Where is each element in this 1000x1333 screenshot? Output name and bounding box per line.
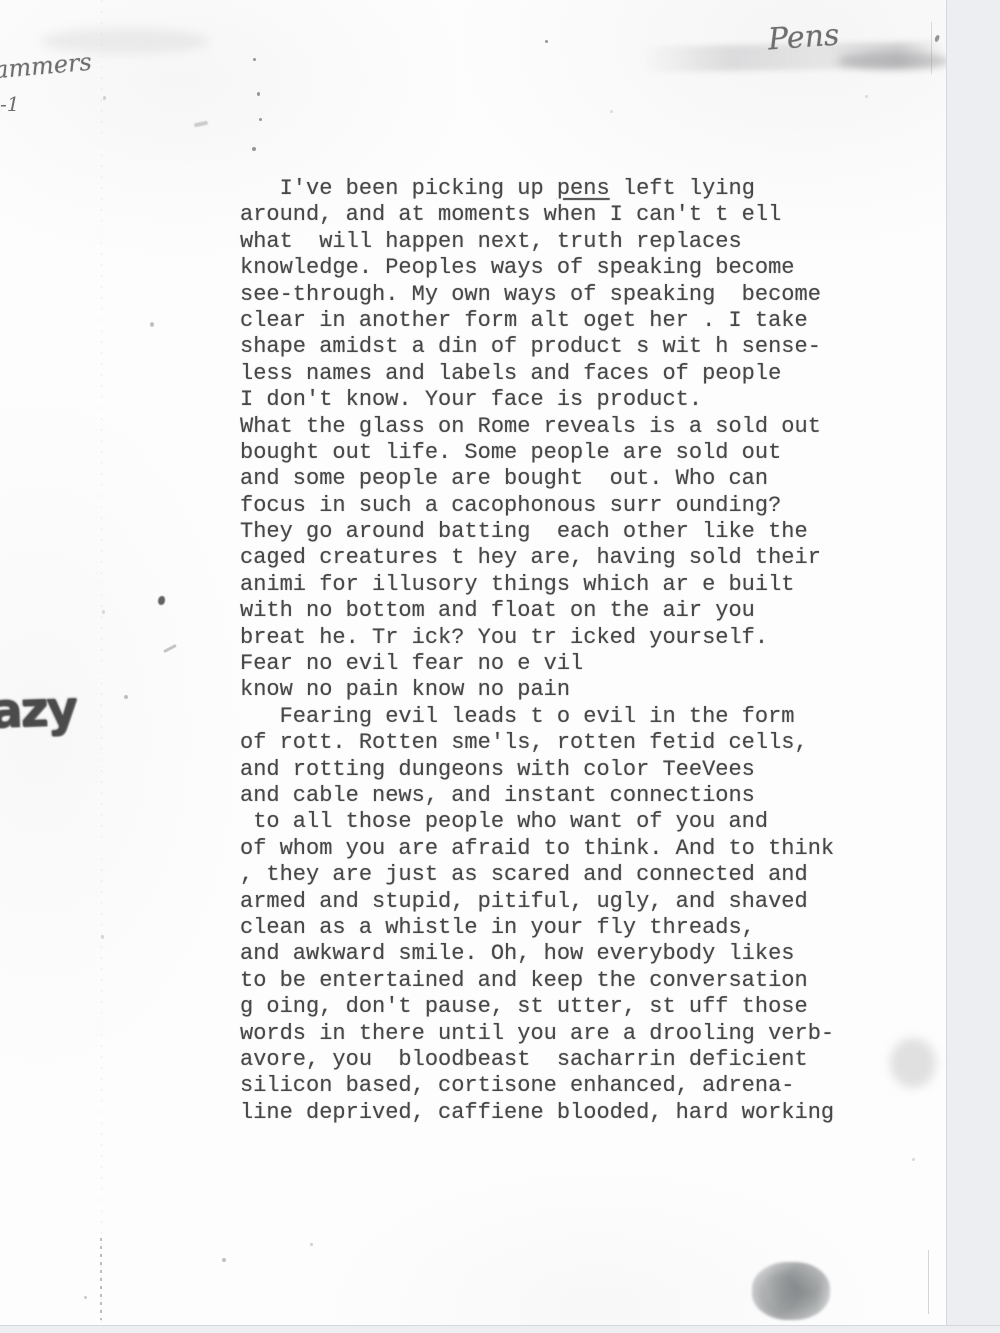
text-line: know no pain know no pain (240, 677, 880, 703)
text-line: caged creatures t hey are, having sold t… (240, 545, 880, 571)
handwritten-annotation-pens: Pens (767, 18, 841, 58)
text-line: animi for illusory things which ar e bui… (240, 572, 880, 598)
scan-speck (545, 40, 548, 43)
scan-speck (934, 35, 940, 43)
scan-speck (124, 695, 128, 699)
scan-speck (222, 1258, 226, 1262)
text-line: what will happen next, truth replaces (240, 229, 880, 255)
scan-speck (610, 110, 613, 113)
scan-speck (101, 935, 104, 939)
text-line: knowledge. Peoples ways of speaking beco… (240, 255, 880, 281)
handwritten-annotation-ammers: ammers (0, 48, 93, 84)
ink-smudge-blob (752, 1262, 830, 1320)
scan-speck (252, 147, 256, 151)
text-line: , they are just as scared and connected … (240, 862, 880, 888)
handwritten-annotation-marker: azy (0, 681, 77, 740)
faint-smudge (890, 1038, 936, 1088)
paper-crease-line-bottom (100, 1238, 102, 1320)
text-line: and some people are bought out. Who can (240, 466, 880, 492)
text-line: line deprived, caffiene blooded, hard wo… (240, 1100, 880, 1126)
text-line: of rott. Rotten sme'ls, rotten fetid cel… (240, 730, 880, 756)
paper-crease-line (101, 0, 102, 1326)
text-line: clear in another form alt oget her . I t… (240, 308, 880, 334)
scan-speck (310, 1243, 313, 1246)
text-line: avore, you bloodbeast sacharrin deficien… (240, 1047, 880, 1073)
typewritten-text: I've been picking up pens left lyingarou… (240, 176, 880, 1126)
scan-speck (253, 58, 256, 61)
text-line: breat he. Tr ick? You tr icked yourself. (240, 625, 880, 651)
text-line: g oing, don't pause, st utter, st uff th… (240, 994, 880, 1020)
text-line: to be entertained and keep the conversat… (240, 968, 880, 994)
text-line: and awkward smile. Oh, how everybody lik… (240, 941, 880, 967)
text-line: around, and at moments when I can't t el… (240, 202, 880, 228)
text-line: I don't know. Your face is product. (240, 387, 880, 413)
scan-speck (194, 121, 209, 128)
text-line: shape amidst a din of product s wit h se… (240, 334, 880, 360)
text-line: They go around batting each other like t… (240, 519, 880, 545)
scan-speck (163, 644, 177, 653)
fold-mark-bottom-right (928, 1250, 929, 1314)
text-line: Fearing evil leads t o evil in the form (240, 704, 880, 730)
text-line: and cable news, and instant connections (240, 783, 880, 809)
text-line: What the glass on Rome reveals is a sold… (240, 414, 880, 440)
scan-speck (257, 92, 260, 96)
scanned-document-page: Pens ammers -1 azy I've been picking up … (0, 0, 1000, 1333)
scan-speck (865, 95, 868, 98)
scan-speck (103, 96, 106, 100)
scan-speck (84, 1296, 87, 1299)
text-line: focus in such a cacophonous surr ounding… (240, 493, 880, 519)
handwritten-annotation-number: -1 (0, 92, 19, 116)
text-line: with no bottom and float on the air you (240, 598, 880, 624)
text-line: less names and labels and faces of peopl… (240, 361, 880, 387)
text-line: to all those people who want of you and (240, 809, 880, 835)
scanner-edge-right (946, 0, 1000, 1333)
text-line: Fear no evil fear no e vil (240, 651, 880, 677)
scanner-edge-bottom (0, 1325, 1000, 1333)
fold-mark-top-right (931, 22, 932, 74)
text-line: and rotting dungeons with color TeeVees (240, 757, 880, 783)
underlined-word: pens (557, 176, 610, 201)
scan-speck (102, 610, 105, 614)
scan-speck (158, 596, 165, 605)
text-line: armed and stupid, pitiful, ugly, and sha… (240, 889, 880, 915)
text-line: bought out life. Some people are sold ou… (240, 440, 880, 466)
text-line: see-through. My own ways of speaking bec… (240, 282, 880, 308)
scan-speck (259, 118, 262, 121)
text-line: words in there until you are a drooling … (240, 1021, 880, 1047)
text-line: silicon based, cortisone enhanced, adren… (240, 1073, 880, 1099)
scan-speck (912, 1158, 915, 1161)
text-line: of whom you are afraid to think. And to … (240, 836, 880, 862)
eraser-smudge (838, 52, 950, 70)
scan-speck (150, 322, 154, 327)
text-line: I've been picking up pens left lying (240, 176, 880, 202)
text-line: clean as a whistle in your fly threads, (240, 915, 880, 941)
